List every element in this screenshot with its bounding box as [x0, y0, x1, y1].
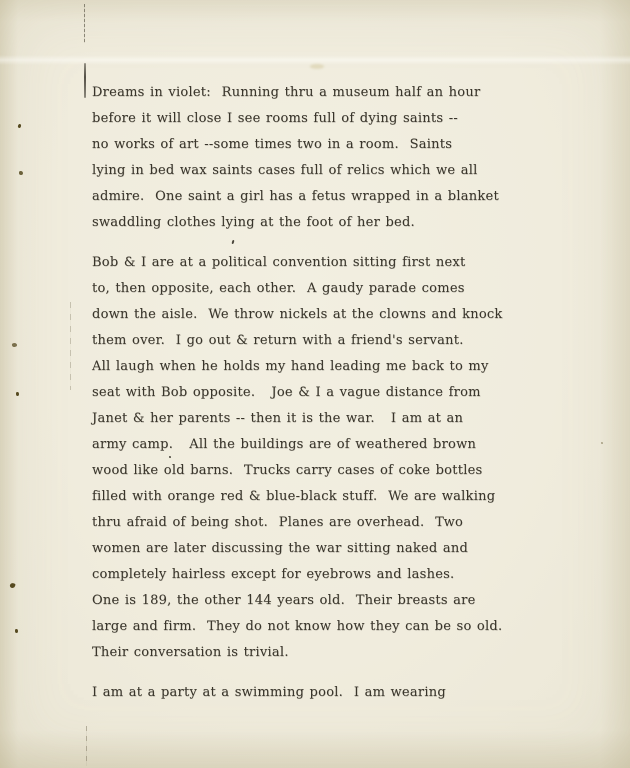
ink-speck — [19, 171, 23, 175]
ink-speck — [9, 582, 16, 589]
paragraph-political-convention: Bob & I are at a political convention si… — [92, 250, 503, 666]
ink-speck — [12, 343, 18, 348]
stray-type-mark — [232, 240, 235, 244]
paper-smudge — [310, 64, 324, 69]
ink-speck — [16, 392, 19, 396]
ink-speck — [17, 124, 21, 129]
scanned-page: Dreams in violet: Running thru a museum … — [0, 0, 630, 768]
margin-rule-mark-top — [84, 4, 85, 43]
paragraph-swimming-pool: I am at a party at a swimming pool. I am… — [92, 680, 446, 706]
margin-rule-mark — [84, 63, 86, 98]
ink-speck — [601, 442, 603, 444]
paragraph-dreams-in-violet: Dreams in violet: Running thru a museum … — [92, 80, 499, 236]
paper-crease-bottom — [86, 726, 87, 766]
ink-speck — [15, 629, 18, 633]
scan-light-band — [0, 55, 630, 65]
paper-crease — [70, 302, 71, 390]
